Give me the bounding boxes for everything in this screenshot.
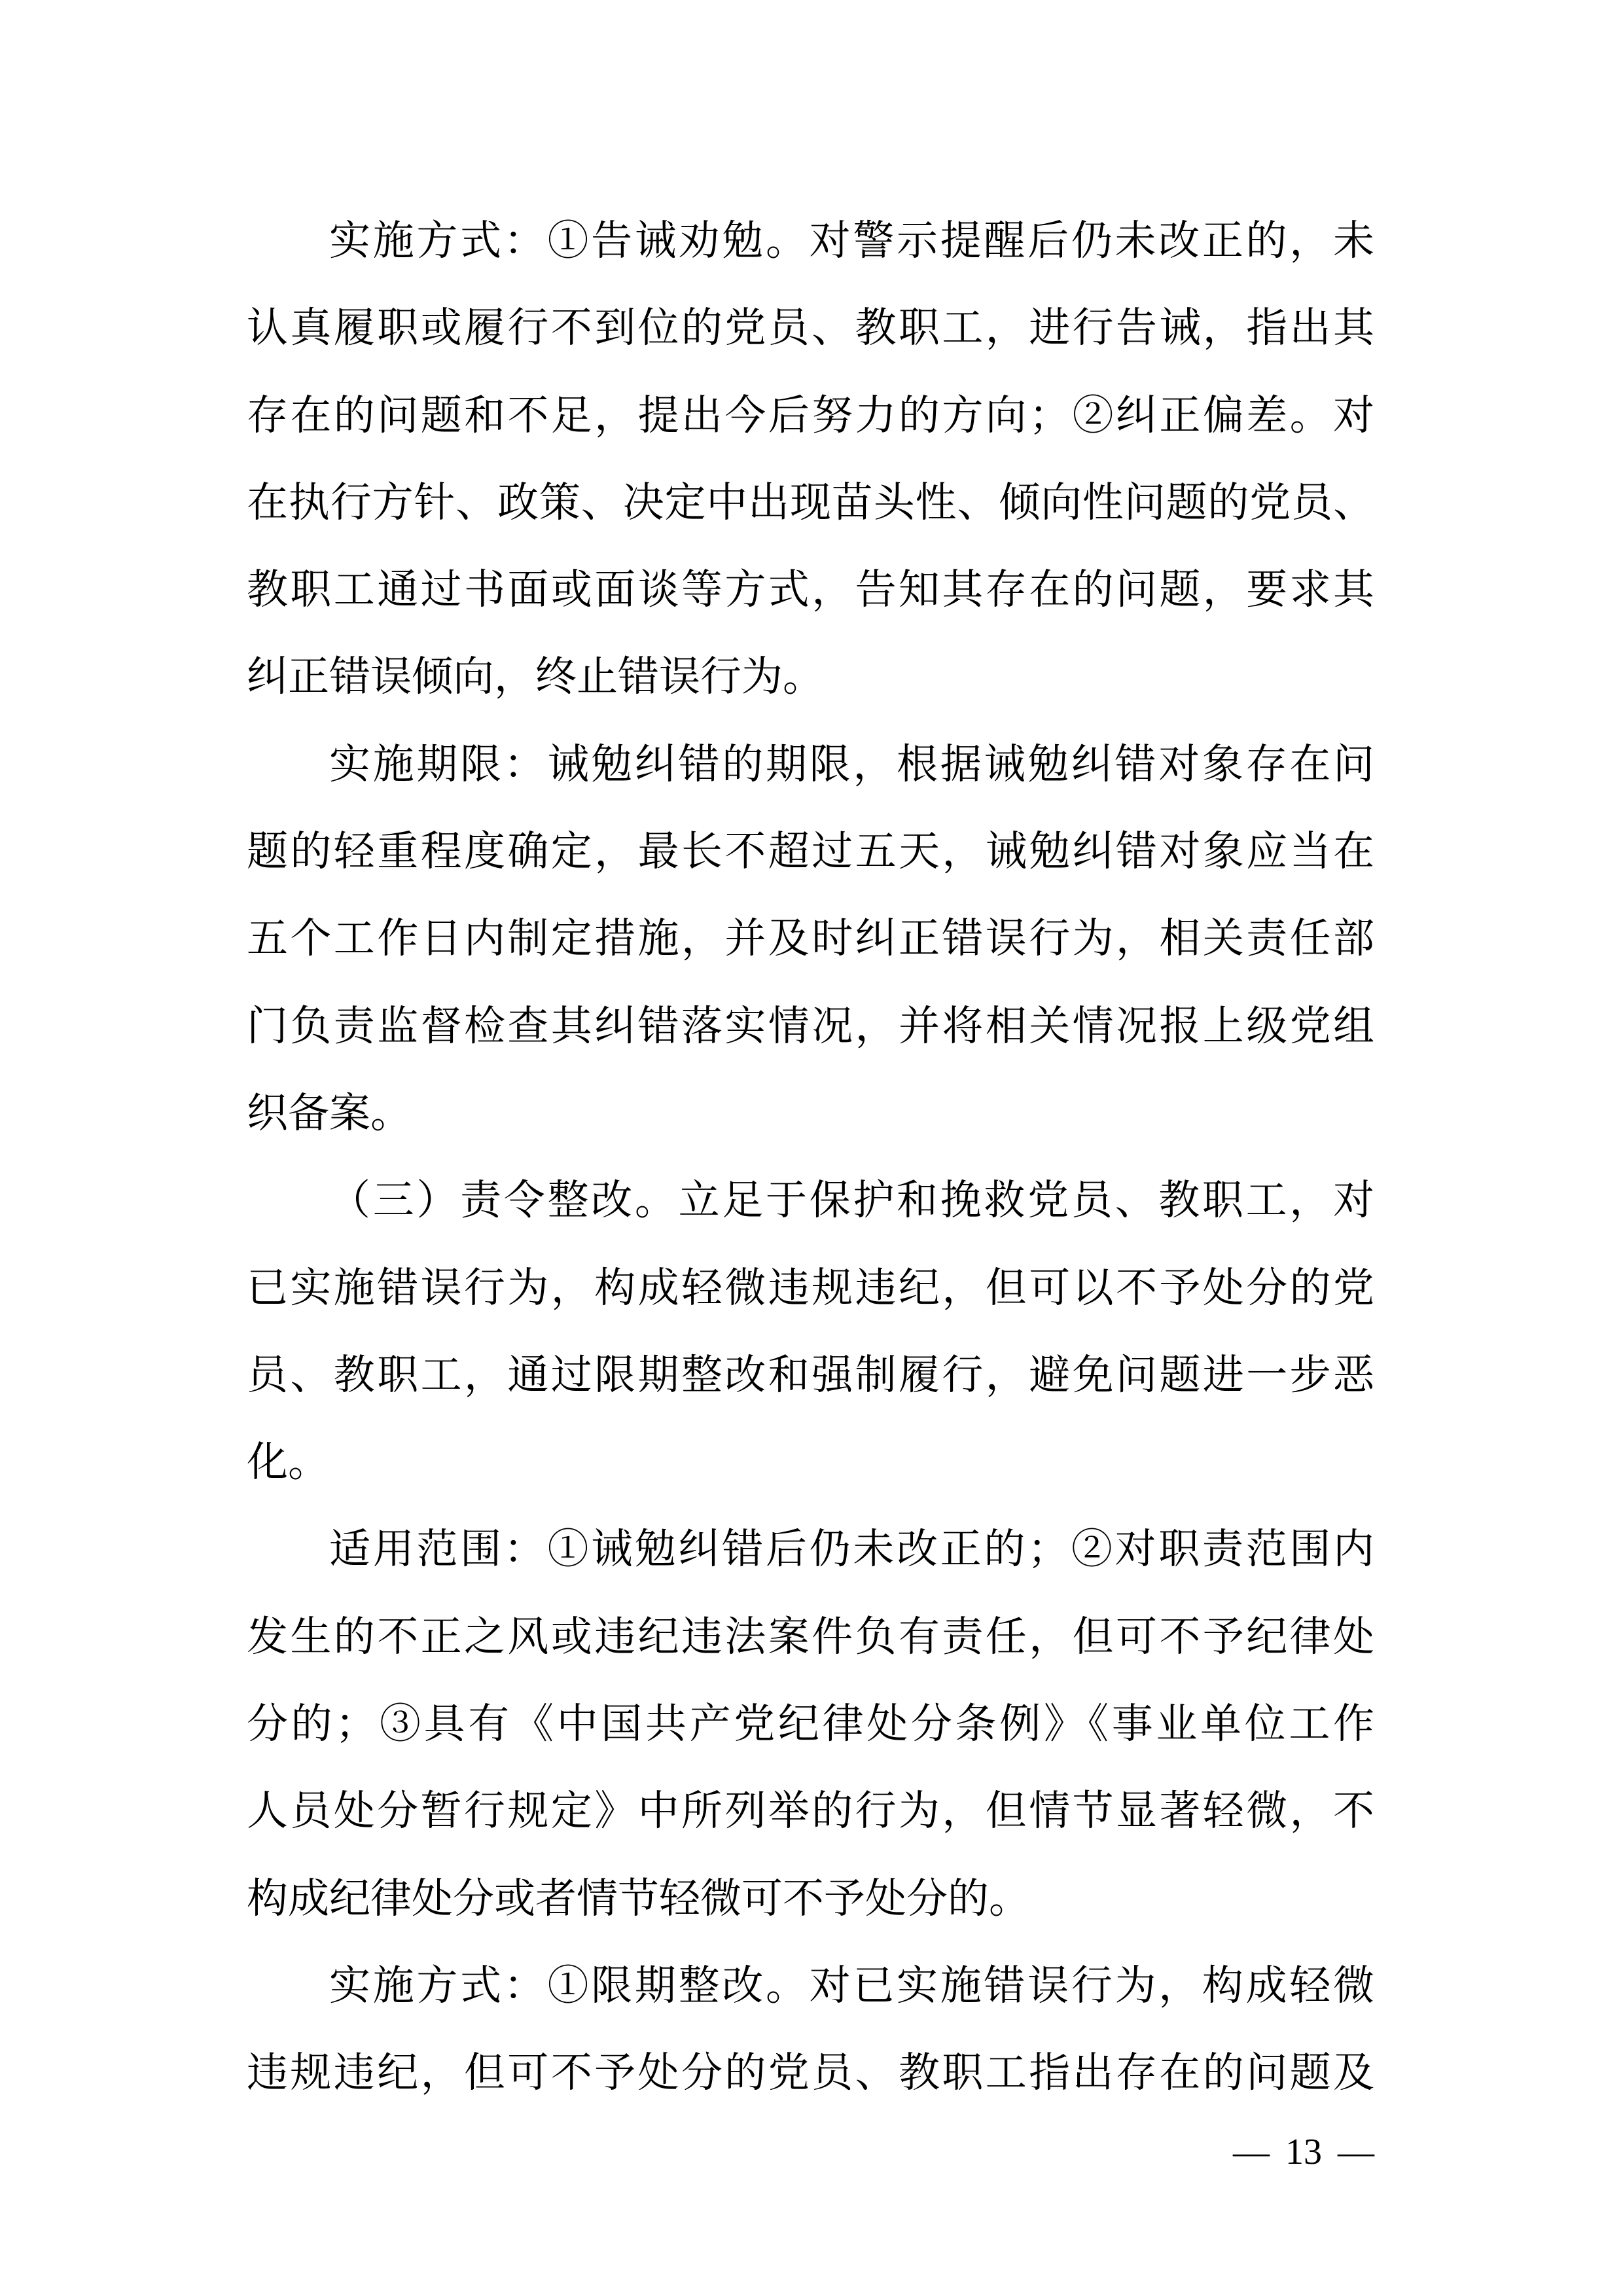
text-line: 实施方式：①限期整改。对已实施错误行为，构成轻微 — [247, 1943, 1374, 2030]
text-line: 化。 — [247, 1419, 1374, 1506]
text-line: 认真履职或履行不到位的党员、教职工，进行告诫，指出其 — [247, 285, 1374, 372]
text-line: 实施期限：诫勉纠错的期限，根据诫勉纠错对象存在问 — [247, 721, 1374, 808]
document-body: 实施方式：①告诫劝勉。对警示提醒后仍未改正的，未认真履职或履行不到位的党员、教职… — [247, 198, 1374, 2117]
text-line: 实施方式：①告诫劝勉。对警示提醒后仍未改正的，未 — [247, 198, 1374, 285]
text-line: 教职工通过书面或面谈等方式，告知其存在的问题，要求其 — [247, 547, 1374, 634]
text-line: 构成纪律处分或者情节轻微可不予处分的。 — [247, 1856, 1374, 1943]
document-page: 实施方式：①告诫劝勉。对警示提醒后仍未改正的，未认真履职或履行不到位的党员、教职… — [0, 0, 1623, 2296]
page-number: — 13 — — [1233, 2132, 1374, 2172]
text-line: 已实施错误行为，构成轻微违规违纪，但可以不予处分的党 — [247, 1245, 1374, 1332]
text-line: 人员处分暂行规定》中所列举的行为，但情节显著轻微，不 — [247, 1768, 1374, 1855]
text-line: 员、教职工，通过限期整改和强制履行，避免问题进一步恶 — [247, 1332, 1374, 1419]
text-line: （三）责令整改。立足于保护和挽救党员、教职工，对 — [247, 1157, 1374, 1244]
text-line: 门负责监督检查其纠错落实情况，并将相关情况报上级党组 — [247, 983, 1374, 1070]
text-line: 存在的问题和不足，提出今后努力的方向；②纠正偏差。对 — [247, 372, 1374, 459]
text-line: 题的轻重程度确定，最长不超过五天，诫勉纠错对象应当在 — [247, 808, 1374, 895]
text-line: 在执行方针、政策、决定中出现苗头性、倾向性问题的党员、 — [247, 459, 1374, 547]
text-line: 纠正错误倾向，终止错误行为。 — [247, 634, 1374, 721]
text-line: 织备案。 — [247, 1070, 1374, 1157]
text-line: 五个工作日内制定措施，并及时纠正错误行为，相关责任部 — [247, 895, 1374, 982]
text-line: 适用范围：①诫勉纠错后仍未改正的；②对职责范围内 — [247, 1506, 1374, 1593]
text-line: 分的；③具有《中国共产党纪律处分条例》《事业单位工作 — [247, 1681, 1374, 1768]
text-line: 违规违纪，但可不予处分的党员、教职工指出存在的问题及 — [247, 2030, 1374, 2117]
text-line: 发生的不正之风或违纪违法案件负有责任，但可不予纪律处 — [247, 1594, 1374, 1681]
